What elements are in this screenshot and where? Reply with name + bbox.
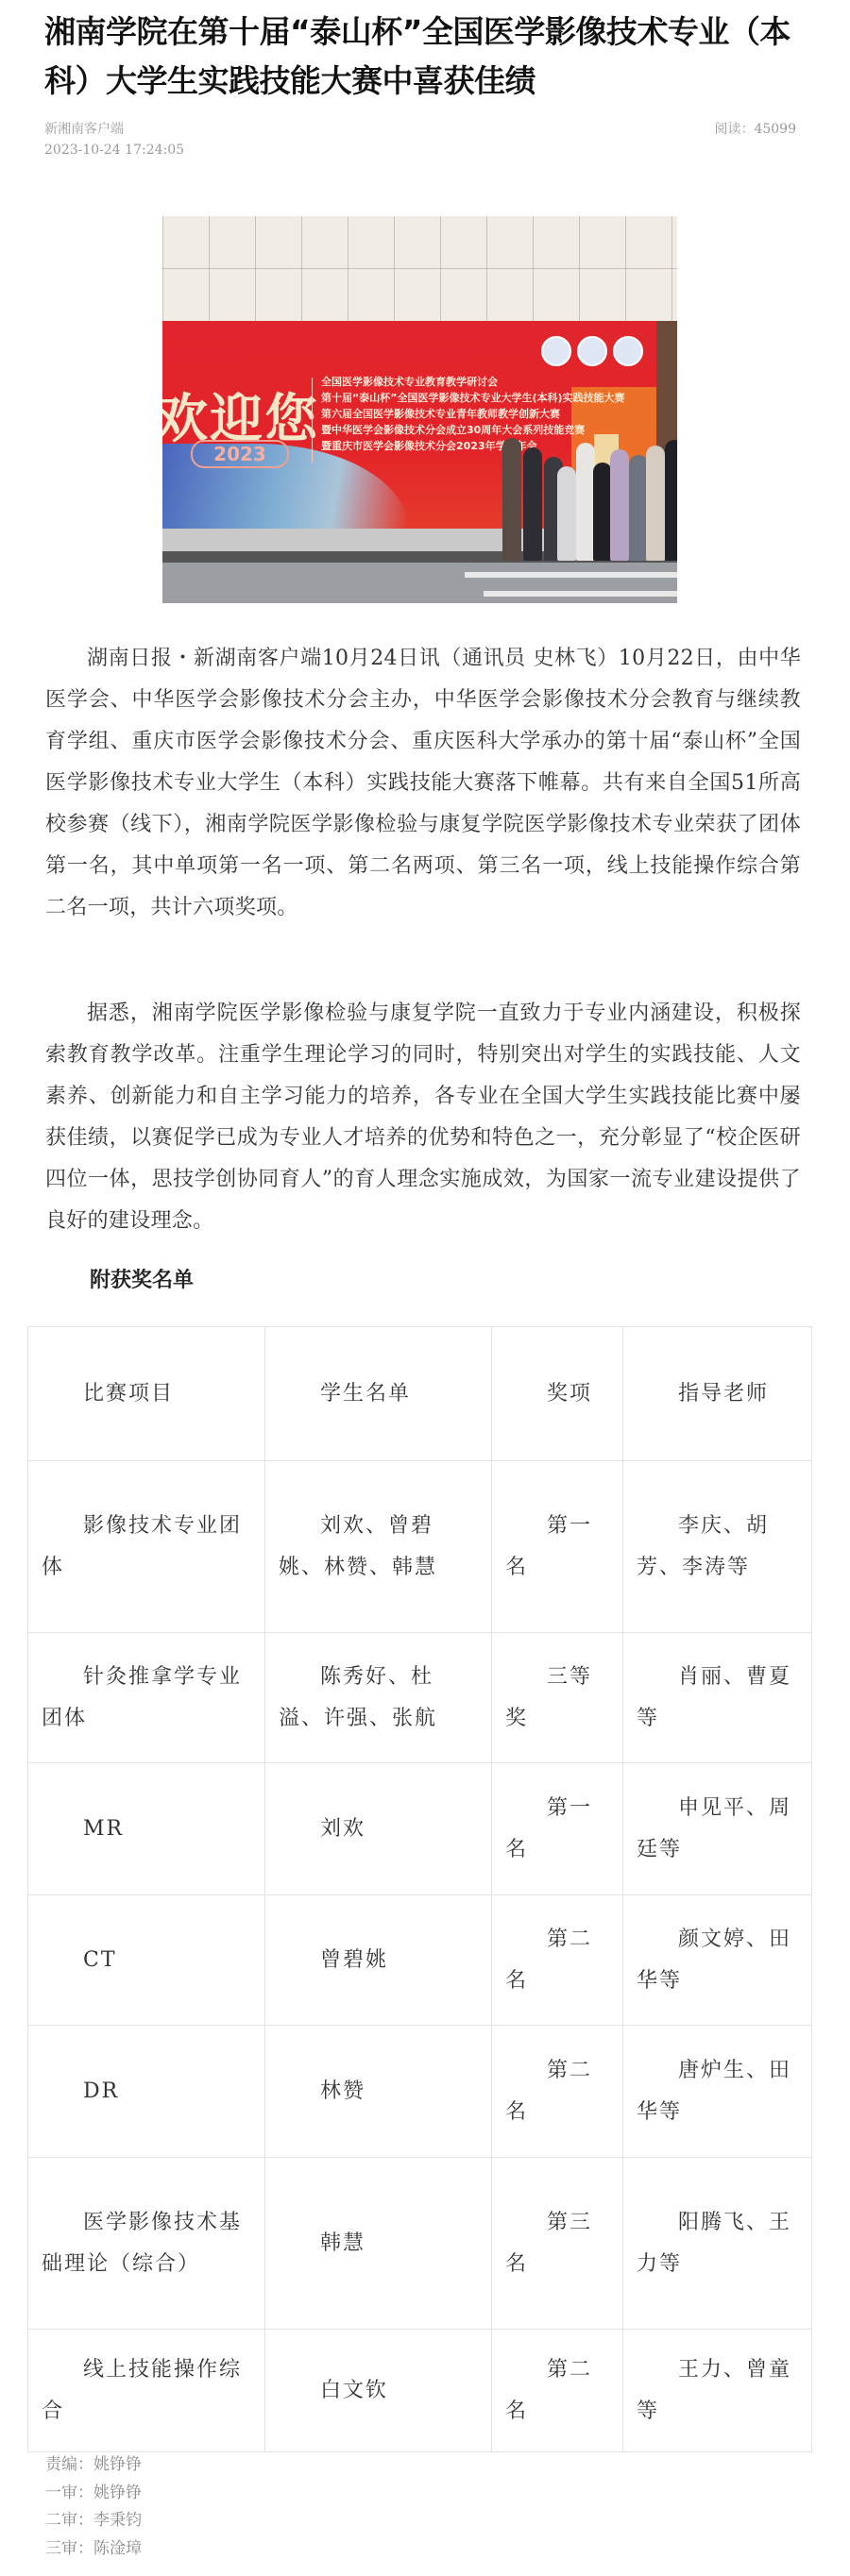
person-figure (593, 463, 612, 561)
cell-students: 陈秀好、杜溢、许强、张航 (265, 1633, 492, 1763)
photo-road (162, 563, 677, 603)
cell-award: 第二名 (492, 2026, 623, 2158)
cell-advisors: 肖丽、曹夏等 (623, 1633, 812, 1763)
photo-wall-tiles (162, 216, 677, 321)
cell-advisors: 李庆、胡芳、李涛等 (623, 1461, 812, 1633)
credit-label: 二审： (45, 2511, 93, 2530)
cell-award: 第三名 (492, 2158, 623, 2330)
cell-award: 第二名 (492, 1895, 623, 2026)
banner-line: 第十届“泰山杯”全国医学影像技术专业大学生(本科)实践技能大赛 (321, 390, 625, 406)
cell-event: 影像技术专业团体 (28, 1461, 265, 1633)
banner-logos (541, 336, 643, 366)
cell-award: 第一名 (492, 1461, 623, 1633)
article-title: 湘南学院在第十届“泰山杯”全国医学影像技术专业（本科）大学生实践技能大赛中喜获佳… (44, 8, 819, 106)
credit-name: 姚铮铮 (93, 2483, 142, 2502)
person-figure (610, 449, 629, 561)
credit-name: 李秉钧 (93, 2511, 142, 2530)
credit-line: 一审：姚铮铮 (45, 2480, 142, 2508)
cell-students: 韩慧 (265, 2158, 492, 2330)
cell-event: DR (28, 2026, 265, 2158)
awards-table: 比赛项目 学生名单 奖项 指导老师 影像技术专业团体 刘欢、曾碧姚、林赞、韩慧 … (27, 1326, 812, 2452)
cell-event: 针灸推拿学专业团体 (28, 1633, 265, 1763)
credit-label: 责编： (45, 2455, 93, 2474)
cell-advisors: 申见平、周廷等 (623, 1763, 812, 1895)
cell-students: 刘欢 (265, 1763, 492, 1895)
person-figure (665, 440, 677, 561)
road-stripe (484, 591, 677, 597)
cell-advisors: 颜文婷、田华等 (623, 1895, 812, 2026)
article-source: 新湘南客户端 (44, 119, 124, 140)
photo-people-group (502, 410, 677, 561)
header-cell-students: 学生名单 (265, 1327, 492, 1461)
header-cell-advisors: 指导老师 (623, 1327, 812, 1461)
cell-students: 刘欢、曾碧姚、林赞、韩慧 (265, 1461, 492, 1633)
table-row: 针灸推拿学专业团体 陈秀好、杜溢、许强、张航 三等奖 肖丽、曹夏等 (28, 1633, 812, 1763)
header-cell-award: 奖项 (492, 1327, 623, 1461)
cell-event: 线上技能操作综合 (28, 2330, 265, 2452)
credit-label: 三审： (45, 2539, 93, 2558)
banner-divider (312, 378, 313, 463)
cell-students: 白文钦 (265, 2330, 492, 2452)
cell-advisors: 王力、曾童等 (623, 2330, 812, 2452)
table-row: CT 曾碧姚 第二名 颜文婷、田华等 (28, 1895, 812, 2026)
logo-icon (541, 336, 571, 366)
logo-icon (613, 336, 643, 366)
banner-line: 全国医学影像技术专业教育教学研讨会 (321, 374, 625, 390)
cell-students: 林赞 (265, 2026, 492, 2158)
editor-credits: 责编：姚铮铮 一审：姚铮铮 二审：李秉钧 三审：陈淦璋 (45, 2451, 142, 2563)
read-count: 阅读：45099 (714, 119, 796, 140)
credit-line: 二审：李秉钧 (45, 2507, 142, 2535)
banner-year: 2023 (191, 440, 289, 468)
table-row: 影像技术专业团体 刘欢、曾碧姚、林赞、韩慧 第一名 李庆、胡芳、李涛等 (28, 1461, 812, 1633)
publish-time: 2023-10-24 17:24:05 (44, 140, 796, 160)
awards-heading: 附获奖名单 (90, 1265, 194, 1297)
table-header-row: 比赛项目 学生名单 奖项 指导老师 (28, 1327, 812, 1461)
credit-name: 姚铮铮 (93, 2455, 142, 2474)
person-figure (557, 466, 576, 561)
table-row: DR 林赞 第二名 唐炉生、田华等 (28, 2026, 812, 2158)
cell-event: CT (28, 1895, 265, 2026)
cell-event: MR (28, 1763, 265, 1895)
person-figure (502, 438, 521, 561)
cell-award: 第一名 (492, 1763, 623, 1895)
credit-line: 三审：陈淦璋 (45, 2535, 142, 2564)
cell-students: 曾碧姚 (265, 1895, 492, 2026)
table-row: MR 刘欢 第一名 申见平、周廷等 (28, 1763, 812, 1895)
group-photo: 欢迎您 2023 全国医学影像技术专业教育教学研讨会 第十届“泰山杯”全国医学影… (162, 216, 677, 603)
credit-name: 陈淦璋 (93, 2539, 142, 2558)
road-stripe (465, 572, 677, 578)
person-figure (629, 455, 648, 561)
table-row: 医学影像技术基础理论（综合） 韩慧 第三名 阳腾飞、王力等 (28, 2158, 812, 2330)
cell-award: 第二名 (492, 2330, 623, 2452)
article-meta: 新湘南客户端 阅读：45099 2023-10-24 17:24:05 (44, 119, 796, 160)
person-figure (523, 447, 542, 561)
cell-event: 医学影像技术基础理论（综合） (28, 2158, 265, 2330)
header-cell-event: 比赛项目 (28, 1327, 265, 1461)
read-count-label: 阅读： (714, 122, 754, 137)
body-paragraph: 据悉，湘南学院医学影像检验与康复学院一直致力于专业内涵建设，积极探索教育教学改革… (45, 993, 801, 1242)
person-figure (576, 443, 595, 561)
cell-award: 三等奖 (492, 1633, 623, 1763)
credit-label: 一审： (45, 2483, 93, 2502)
cell-advisors: 阳腾飞、王力等 (623, 2158, 812, 2330)
person-figure (646, 446, 665, 561)
logo-icon (577, 336, 607, 366)
body-paragraph: 湖南日报・新湖南客户端10月24日讯（通讯员 史林飞）10月22日，由中华医学会… (45, 638, 801, 929)
table-row: 线上技能操作综合 白文钦 第二名 王力、曾童等 (28, 2330, 812, 2452)
read-count-value: 45099 (754, 122, 796, 137)
cell-advisors: 唐炉生、田华等 (623, 2026, 812, 2158)
credit-line: 责编：姚铮铮 (45, 2451, 142, 2480)
